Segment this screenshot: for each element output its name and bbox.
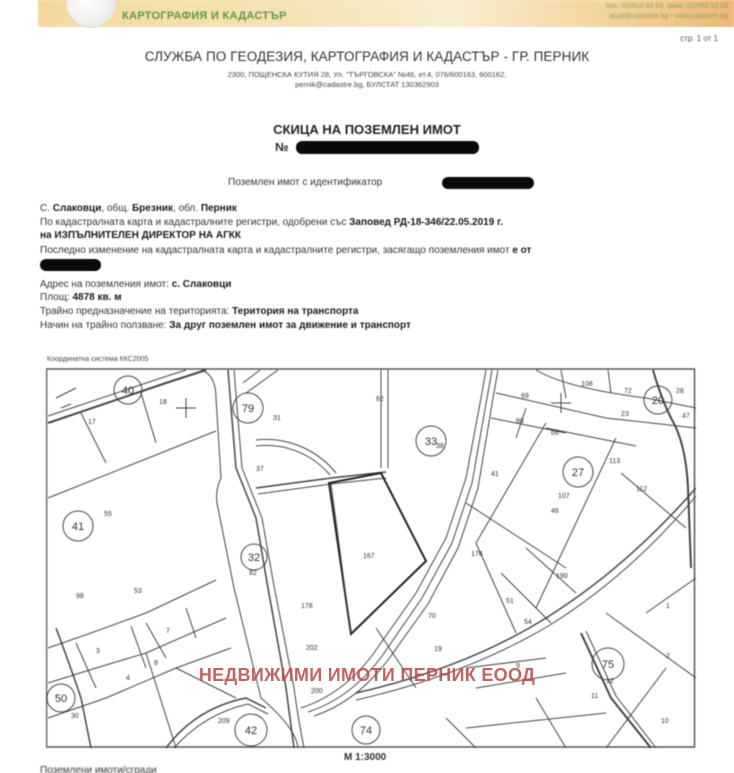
- approval-line: По кадастралната карта и кадастралните р…: [40, 217, 503, 229]
- svg-text:69: 69: [521, 393, 529, 400]
- svg-text:209: 209: [218, 718, 230, 725]
- cadastral-map-drawing: 79 33 20 27 41 32 75 50 42 74 40 17 18 3…: [46, 368, 696, 749]
- svg-text:3: 3: [96, 648, 100, 655]
- svg-text:62: 62: [376, 396, 384, 403]
- district-40: 40: [122, 385, 134, 397]
- district-41: 41: [72, 521, 84, 533]
- document-number-label: №: [275, 140, 288, 154]
- redacted-document-number: [296, 141, 479, 154]
- redacted-change-date: [40, 259, 101, 271]
- svg-text:17: 17: [88, 419, 96, 426]
- coordinate-system-label: Координатна система ККС2005: [47, 356, 148, 363]
- district-20: 20: [652, 395, 664, 407]
- svg-text:70: 70: [428, 613, 436, 620]
- letterhead-contact: тел.: 02/818 83 83, факс: 02/955 53 33 a…: [605, 2, 728, 22]
- map-scale: М 1:3000: [344, 752, 386, 763]
- svg-text:23: 23: [621, 411, 629, 418]
- letterhead-contact-line: тел.: 02/818 83 83, факс: 02/955 53 33: [605, 2, 728, 12]
- district-74: 74: [360, 725, 372, 737]
- svg-text:41: 41: [491, 471, 499, 478]
- svg-text:19: 19: [434, 646, 442, 653]
- office-address-line: pernik@cadastre.bg, БУЛСТАТ 130362903: [0, 80, 734, 90]
- district-27: 27: [572, 467, 584, 479]
- svg-text:51: 51: [506, 598, 514, 605]
- region: Перник: [201, 203, 237, 214]
- svg-text:7: 7: [166, 628, 170, 635]
- svg-text:202: 202: [306, 645, 318, 652]
- approval-order: Заповед РД-18-346/22.05.2019 г.: [349, 217, 503, 228]
- svg-text:82: 82: [249, 570, 257, 577]
- svg-text:66: 66: [551, 430, 559, 437]
- svg-text:98: 98: [76, 593, 84, 600]
- svg-text:47: 47: [682, 413, 690, 420]
- office-address-line: 2300, ПОЩЕНСКА КУТИЯ 28, Ул. "ТЪРГОВСКА"…: [0, 70, 734, 80]
- svg-text:178: 178: [301, 603, 313, 610]
- letterhead-contact-line: acad@cadastre.bg • www.cadastre.bg: [605, 12, 728, 22]
- district-79: 79: [242, 403, 254, 415]
- svg-text:112: 112: [636, 486, 647, 493]
- svg-text:60: 60: [516, 418, 524, 425]
- svg-text:2: 2: [666, 653, 670, 660]
- svg-text:107: 107: [558, 493, 570, 500]
- svg-text:53: 53: [134, 588, 142, 595]
- identifier-label: Поземлен имот с идентификатор: [228, 177, 382, 188]
- svg-text:54: 54: [524, 619, 532, 626]
- redacted-identifier: [442, 177, 534, 189]
- svg-text:30: 30: [71, 713, 79, 720]
- svg-text:113: 113: [609, 458, 620, 465]
- svg-text:38: 38: [436, 443, 444, 450]
- property-address: с. Слаковци: [172, 279, 232, 290]
- purpose-line: Трайно предназначение на територията: Те…: [40, 306, 358, 318]
- last-change-line: Последно изменение на кадастралната карт…: [40, 245, 531, 257]
- svg-text:167: 167: [363, 553, 375, 560]
- office-address: 2300, ПОЩЕНСКА КУТИЯ 28, Ул. "ТЪРГОВСКА"…: [0, 70, 734, 90]
- svg-text:46: 46: [551, 508, 559, 515]
- svg-text:190: 190: [556, 573, 568, 580]
- footer-text: Поземлени имоти/сгради: [40, 765, 157, 773]
- svg-text:37: 37: [256, 466, 264, 473]
- property-area: 4878 кв. м: [72, 292, 121, 303]
- svg-text:200: 200: [311, 688, 323, 695]
- svg-text:18: 18: [159, 399, 167, 406]
- svg-text:10: 10: [661, 718, 669, 725]
- letterhead-org-name: КАРТОГРАФИЯ И КАДАСТЪР: [122, 10, 287, 22]
- document-title: СКИЦА НА ПОЗЕМЛЕН ИМОТ: [0, 122, 734, 137]
- usage-type: За друг поземлен имот за движение и тран…: [169, 320, 411, 331]
- location-line: С. Слаковци, общ. Брезник, обл. Перник: [40, 203, 237, 215]
- agency-watermark: НЕДВИЖИМИ ИМОТИ ПЕРНИК ЕООД: [0, 665, 734, 686]
- issuer-line: на ИЗПЪЛНИТЕЛЕН ДИРЕКТОР НА АГКК: [40, 230, 241, 242]
- office-title: СЛУЖБА ПО ГЕОДЕЗИЯ, КАРТОГРАФИЯ И КАДАСТ…: [0, 49, 734, 64]
- svg-text:31: 31: [273, 415, 281, 422]
- svg-text:1: 1: [666, 603, 670, 610]
- svg-text:55: 55: [104, 511, 112, 518]
- cadastral-map: 79 33 20 27 41 32 75 50 42 74 40 17 18 3…: [46, 368, 696, 749]
- territory-purpose: Територия на транспорта: [232, 306, 358, 317]
- settlement: Слаковци: [53, 203, 102, 214]
- page-indicator: стр. 1 от 1: [680, 34, 718, 43]
- area-line: Площ: 4878 кв. м: [40, 292, 122, 304]
- usage-line: Начин на трайно ползване: За друг поземл…: [40, 320, 411, 332]
- district-32: 32: [248, 552, 260, 564]
- district-50: 50: [55, 693, 67, 705]
- svg-text:176: 176: [471, 551, 483, 558]
- address-line: Адрес на поземления имот: с. Слаковци: [40, 279, 231, 291]
- svg-text:72: 72: [624, 388, 632, 395]
- district-42: 42: [245, 725, 257, 737]
- svg-text:11: 11: [591, 693, 598, 700]
- municipality: Брезник: [132, 203, 173, 214]
- svg-text:108: 108: [581, 381, 593, 388]
- svg-text:28: 28: [676, 388, 684, 395]
